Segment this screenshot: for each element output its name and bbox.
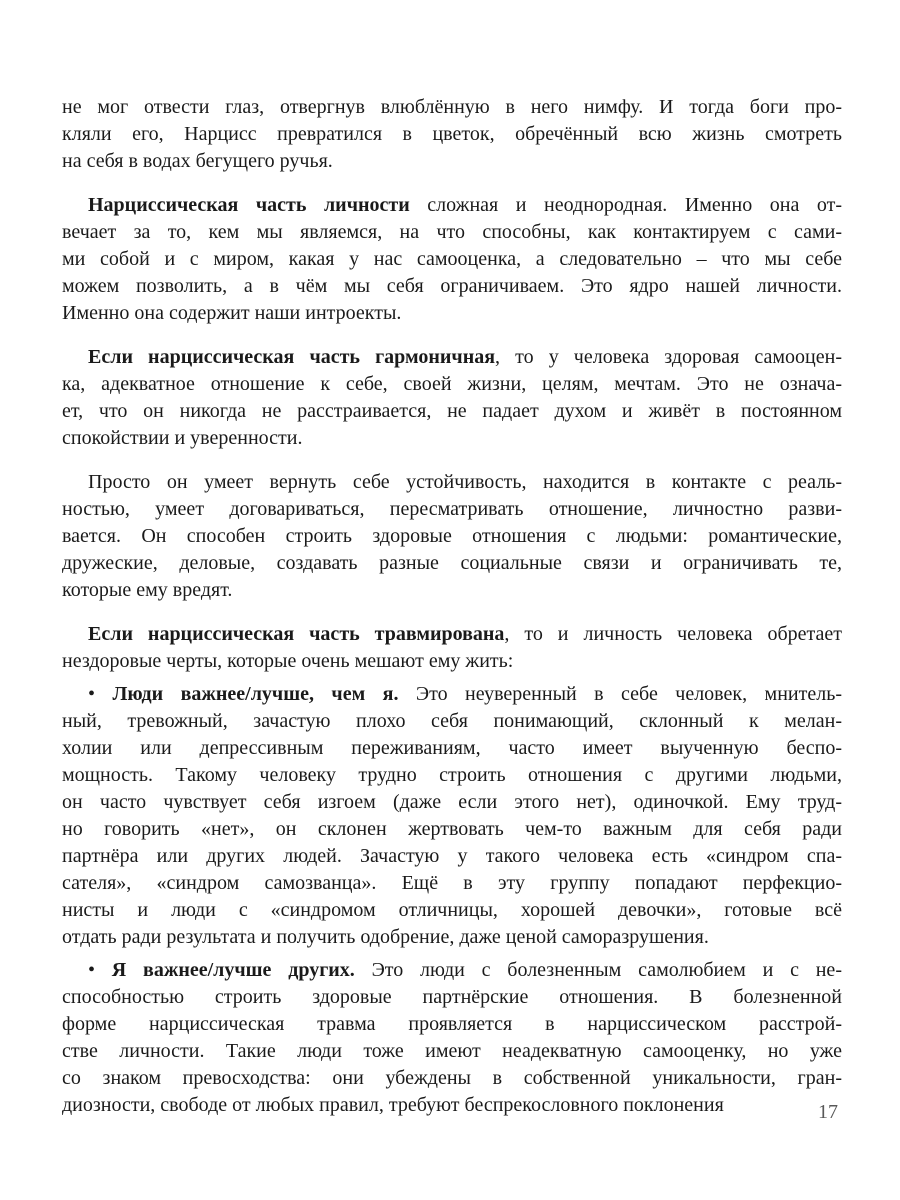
text-segment: Это люди с болезненным самолюбием и с не… [355, 959, 842, 981]
text-line: диозности, свободе от любых правил, треб… [62, 1092, 842, 1119]
text-line: но говорить «нет», он склонен жертвовать… [62, 816, 842, 843]
text-line: способностью строить здоровые партнёрски… [62, 984, 842, 1011]
paragraph: Если нарциссическая часть гармоничная, т… [62, 344, 842, 452]
text-line: он часто чувствует себя изгоем (даже есл… [62, 789, 842, 816]
text-segment: которые ему вредят. [62, 579, 232, 601]
page-text: не мог отвести глаз, отвергнув влюблённу… [62, 94, 842, 1119]
text-segment: ка, адекватное отношение к себе, своей ж… [62, 373, 842, 395]
bold-text: Люди важнее/лучше, чем я. [112, 683, 398, 705]
paragraph: не мог отвести глаз, отвергнув влюблённу… [62, 94, 842, 175]
text-segment: он часто чувствует себя изгоем (даже есл… [62, 791, 842, 813]
bold-text: Если нарциссическая часть травмирована [88, 623, 504, 645]
text-line: холии или депрессивным переживаниям, час… [62, 735, 842, 762]
text-line: отдать ради результата и получить одобре… [62, 924, 842, 951]
text-line: нисты и люди с «синдромом отличницы, хор… [62, 897, 842, 924]
bold-text: Я важнее/лучше других. [112, 959, 355, 981]
text-segment: кляли его, Нарцисс превратился в цветок,… [62, 123, 842, 145]
text-line: ностью, умеет договариваться, пересматри… [62, 496, 842, 523]
text-line: со знаком превосходства: они убеждены в … [62, 1065, 842, 1092]
text-line: кляли его, Нарцисс превратился в цветок,… [62, 121, 842, 148]
text-segment: партнёра или других людей. Зачастую у та… [62, 845, 842, 867]
text-segment: сателя», «синдром самозванца». Ещё в эту… [62, 872, 842, 894]
text-segment: мощность. Такому человеку трудно строить… [62, 764, 842, 786]
text-segment: ный, тревожный, зачастую плохо себя пони… [62, 710, 842, 732]
text-segment: холии или депрессивным переживаниям, час… [62, 737, 842, 759]
text-line: • Я важнее/лучше других. Это люди с боле… [62, 957, 842, 984]
text-line: мощность. Такому человеку трудно строить… [62, 762, 842, 789]
bold-text: Нарциссическая часть личности [88, 194, 410, 216]
bullet-item: • Люди важнее/лучше, чем я. Это неуверен… [62, 681, 842, 951]
text-line: Именно она содержит наши интроекты. [62, 300, 842, 327]
text-line: нездоровые черты, которые очень мешают е… [62, 648, 842, 675]
text-line: можем позволить, а в чём мы себя огранич… [62, 273, 842, 300]
text-line: Если нарциссическая часть травмирована, … [62, 621, 842, 648]
text-segment: дружеские, деловые, создавать разные соц… [62, 552, 842, 574]
text-segment: диозности, свободе от любых правил, треб… [62, 1094, 724, 1116]
text-segment: со знаком превосходства: они убеждены в … [62, 1067, 842, 1089]
paragraph: Если нарциссическая часть травмирована, … [62, 621, 842, 675]
text-segment: вечает за то, кем мы являемся, на что сп… [62, 221, 842, 243]
text-segment: можем позволить, а в чём мы себя огранич… [62, 275, 842, 297]
text-line: Нарциссическая часть личности сложная и … [62, 192, 842, 219]
text-segment: отдать ради результата и получить одобре… [62, 926, 709, 948]
text-segment: ми собой и с миром, какая у нас самооцен… [62, 248, 842, 270]
text-segment: стве личности. Такие люди тоже имеют неа… [62, 1040, 842, 1062]
text-line: ка, адекватное отношение к себе, своей ж… [62, 371, 842, 398]
text-line: на себя в водах бегущего ручья. [62, 148, 842, 175]
book-page: не мог отвести глаз, отвергнув влюблённу… [0, 0, 900, 1200]
paragraph: Нарциссическая часть личности сложная и … [62, 192, 842, 327]
text-segment: Просто он умеет вернуть себе устойчивост… [88, 471, 842, 493]
text-segment: ет, что он никогда не расстраивается, не… [62, 400, 842, 422]
text-segment: способностью строить здоровые партнёрски… [62, 986, 842, 1008]
text-line: Если нарциссическая часть гармоничная, т… [62, 344, 842, 371]
text-segment: но говорить «нет», он склонен жертвовать… [62, 818, 842, 840]
text-line: ет, что он никогда не расстраивается, не… [62, 398, 842, 425]
text-line: не мог отвести глаз, отвергнув влюблённу… [62, 94, 842, 121]
text-line: спокойствии и уверенности. [62, 425, 842, 452]
text-line: которые ему вредят. [62, 577, 842, 604]
text-line: • Люди важнее/лучше, чем я. Это неуверен… [62, 681, 842, 708]
text-line: сателя», «синдром самозванца». Ещё в эту… [62, 870, 842, 897]
text-line: Просто он умеет вернуть себе устойчивост… [62, 469, 842, 496]
text-segment: вается. Он способен строить здоровые отн… [62, 525, 842, 547]
text-line: ми собой и с миром, какая у нас самооцен… [62, 246, 842, 273]
text-segment: , то у человека здоровая самооцен- [495, 346, 842, 368]
text-line: ный, тревожный, зачастую плохо себя пони… [62, 708, 842, 735]
page-number: 17 [818, 1100, 838, 1124]
text-line: вечает за то, кем мы являемся, на что сп… [62, 219, 842, 246]
text-segment: Именно она содержит наши интроекты. [62, 302, 401, 324]
text-segment: Это неуверенный в себе человек, мнитель- [398, 683, 842, 705]
text-line: дружеские, деловые, создавать разные соц… [62, 550, 842, 577]
text-segment: ностью, умеет договариваться, пересматри… [62, 498, 842, 520]
text-line: стве личности. Такие люди тоже имеют неа… [62, 1038, 842, 1065]
text-line: вается. Он способен строить здоровые отн… [62, 523, 842, 550]
text-segment: спокойствии и уверенности. [62, 427, 302, 449]
bullet-marker: • [88, 683, 112, 705]
text-segment: форме нарциссическая травма проявляется … [62, 1013, 842, 1035]
text-segment: сложная и неоднородная. Именно она от- [410, 194, 842, 216]
text-segment: не мог отвести глаз, отвергнув влюблённу… [62, 96, 842, 118]
paragraph: Просто он умеет вернуть себе устойчивост… [62, 469, 842, 604]
bullet-item: • Я важнее/лучше других. Это люди с боле… [62, 957, 842, 1119]
text-segment: нездоровые черты, которые очень мешают е… [62, 650, 513, 672]
text-segment: на себя в водах бегущего ручья. [62, 150, 333, 172]
text-line: форме нарциссическая травма проявляется … [62, 1011, 842, 1038]
text-segment: , то и личность человека обретает [504, 623, 842, 645]
bold-text: Если нарциссическая часть гармоничная [88, 346, 495, 368]
bullet-marker: • [88, 959, 112, 981]
text-line: партнёра или других людей. Зачастую у та… [62, 843, 842, 870]
text-segment: нисты и люди с «синдромом отличницы, хор… [62, 899, 842, 921]
